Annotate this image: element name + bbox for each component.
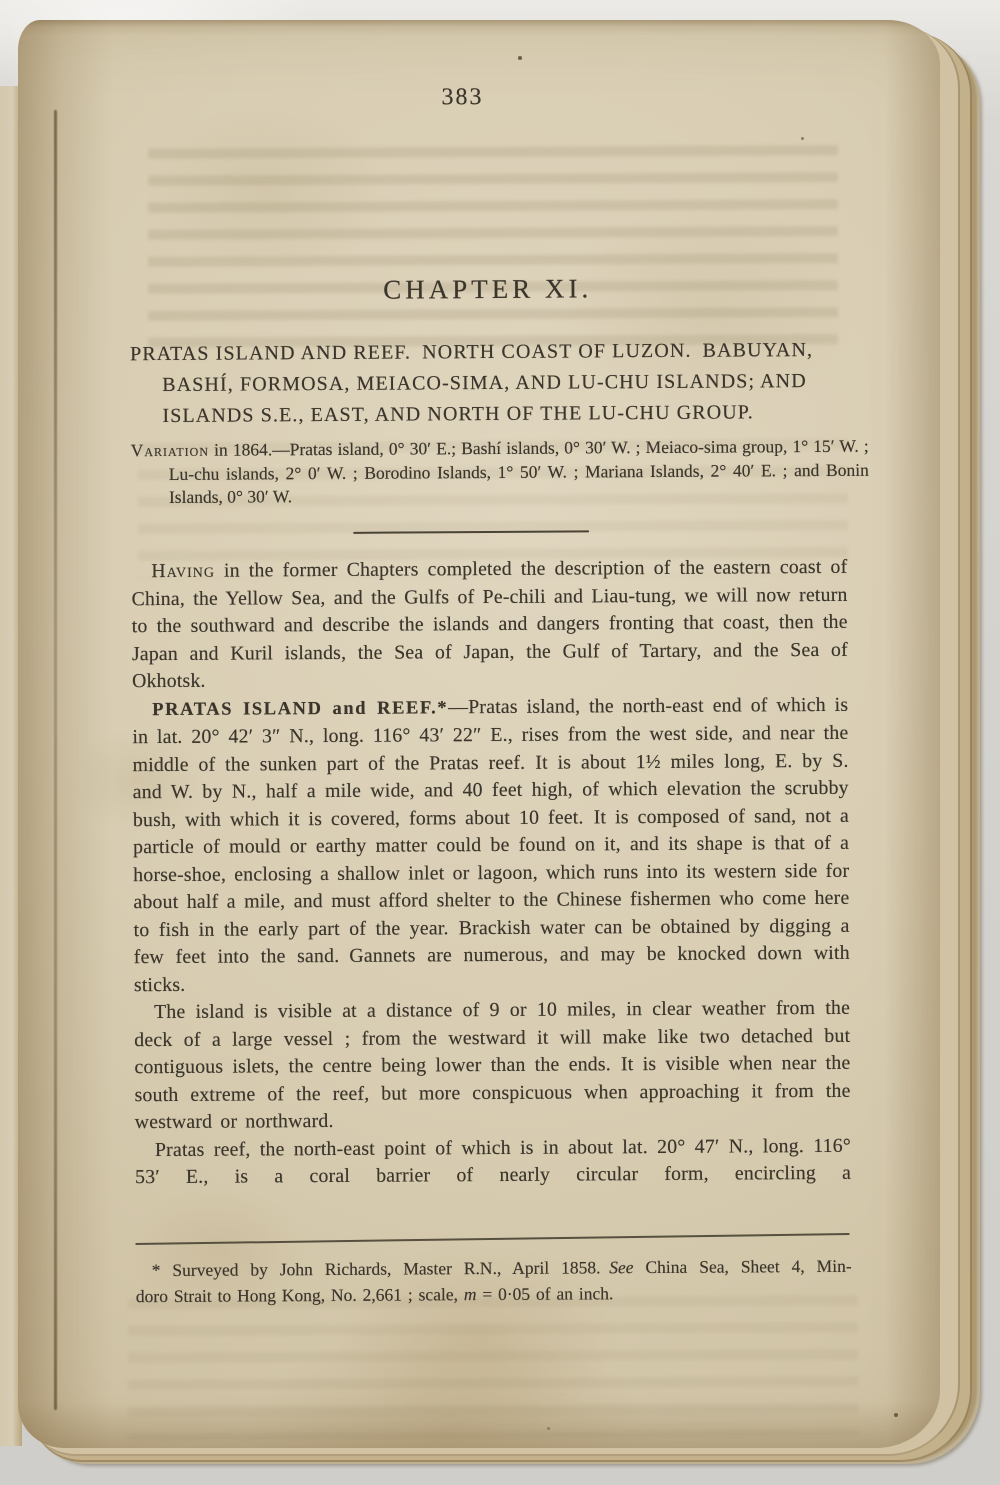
section-heading-line: ISLANDS S.E., EAST, AND NORTH OF THE LU-… xyxy=(130,397,846,432)
body-paragraph: PRATAS ISLAND and REEF.*—Pratas island, … xyxy=(132,691,850,999)
chapter-heading: CHAPTER XI. xyxy=(130,272,846,307)
book-photo: 383 CHAPTER XI. PRATAS ISLAND AND REEF. … xyxy=(0,0,1000,1485)
variation-note: Variation in 1864.—Pratas island, 0° 30′… xyxy=(131,435,869,510)
footnote-italic-text: m xyxy=(464,1284,477,1304)
footnote-text: doro Strait to Hong Kong, No. 2,661 ; sc… xyxy=(136,1284,464,1306)
footnote-line: doro Strait to Hong Kong, No. 2,661 ; sc… xyxy=(136,1279,852,1309)
paragraph-lead: PRATAS ISLAND and REEF.* xyxy=(152,698,448,720)
foxing-speck xyxy=(894,1413,898,1417)
printed-content: 383 CHAPTER XI. PRATAS ISLAND AND REEF. … xyxy=(128,0,853,1485)
body-paragraph: The island is visible at a distance of 9… xyxy=(134,995,851,1137)
footnote-rule xyxy=(136,1233,850,1245)
footnote-text: China Sea, Sheet 4, Min- xyxy=(633,1256,851,1277)
section-heading: PRATAS ISLAND AND REEF. NORTH COAST OF L… xyxy=(130,335,847,432)
footnote-text: = 0·05 of an inch. xyxy=(476,1283,613,1304)
footnote-italic-text: See xyxy=(609,1257,633,1277)
variation-text: in 1864.—Pratas island, 0° 30′ E.; Bashí… xyxy=(169,436,869,507)
section-heading-line: PRATAS ISLAND AND REEF. NORTH COAST OF L… xyxy=(130,335,846,370)
footnote-line: * Surveyed by John Richards, Master R.N.… xyxy=(136,1254,852,1284)
body-paragraph: Pratas reef, the north-east point of whi… xyxy=(135,1132,851,1191)
body-text: Having in the former Chapters completed … xyxy=(131,554,851,1192)
paragraph-lead: Having xyxy=(151,560,215,582)
footnote-text: * Surveyed by John Richards, Master R.N.… xyxy=(152,1257,610,1280)
footnote: * Surveyed by John Richards, Master R.N.… xyxy=(136,1254,852,1309)
page-number: 383 xyxy=(104,82,820,113)
section-divider-rule xyxy=(353,530,589,534)
variation-lead: Variation xyxy=(131,440,209,460)
section-heading-line: BASHÍ, FORMOSA, MEIACO-SIMA, AND LU-CHU … xyxy=(130,366,846,401)
body-paragraph: Having in the former Chapters completed … xyxy=(131,554,848,696)
